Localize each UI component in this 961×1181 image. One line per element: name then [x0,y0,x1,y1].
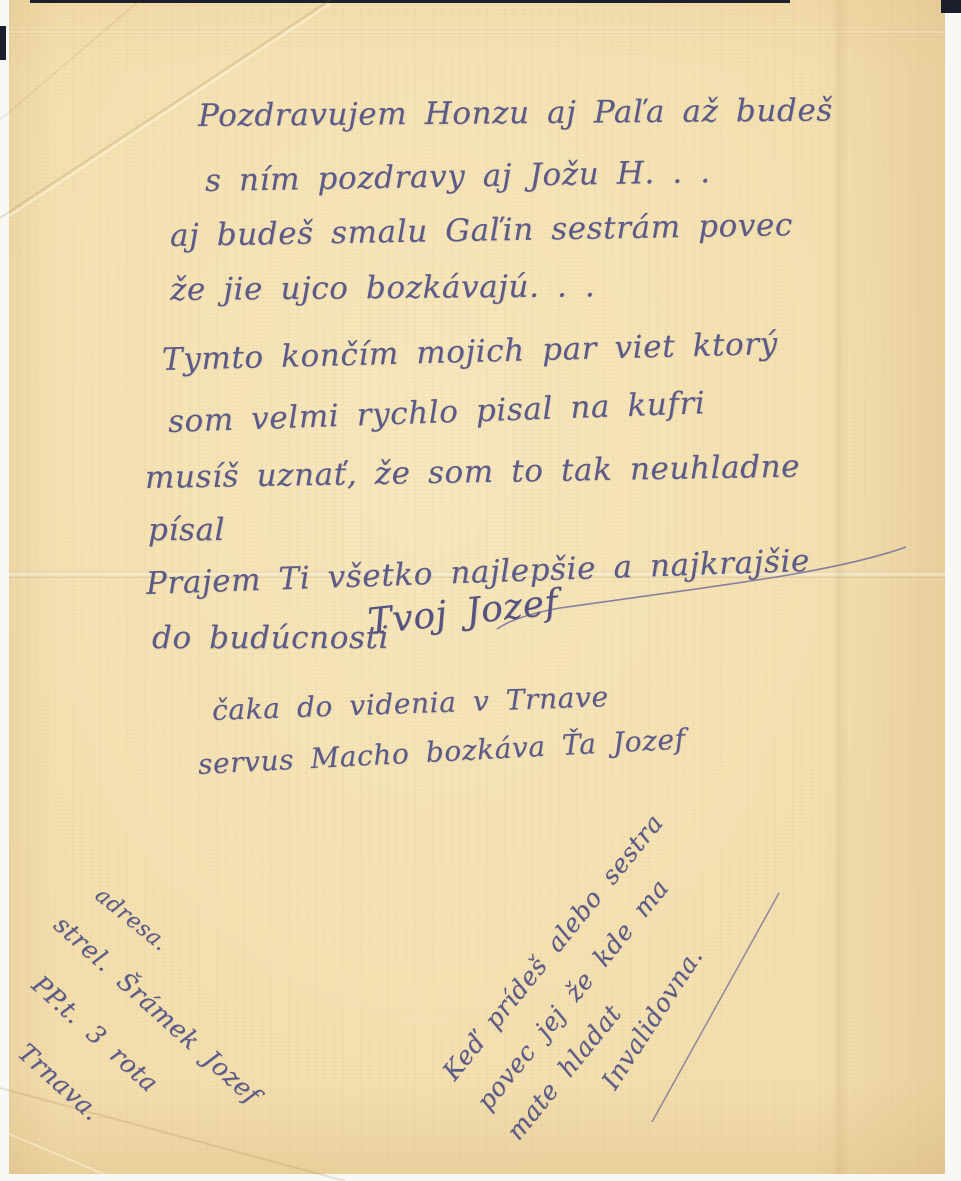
letter-line: do budúcnosti [152,620,389,656]
fold-crease-highlight-bottom-left [0,1130,120,1181]
letter-line: písal [148,512,225,548]
letter-line: že jie ujco bozkávajú. . . [170,268,596,308]
letter-line: Pozdravujem Honzu aj Paľa až budeš [198,92,833,134]
fold-crease-line-bottom-left [0,1088,345,1181]
scanned-letter-page: { "letter": { "para1": [ "Pozdravujem Ho… [0,0,961,1181]
fold-crease-line-top-left-2 [0,0,140,120]
